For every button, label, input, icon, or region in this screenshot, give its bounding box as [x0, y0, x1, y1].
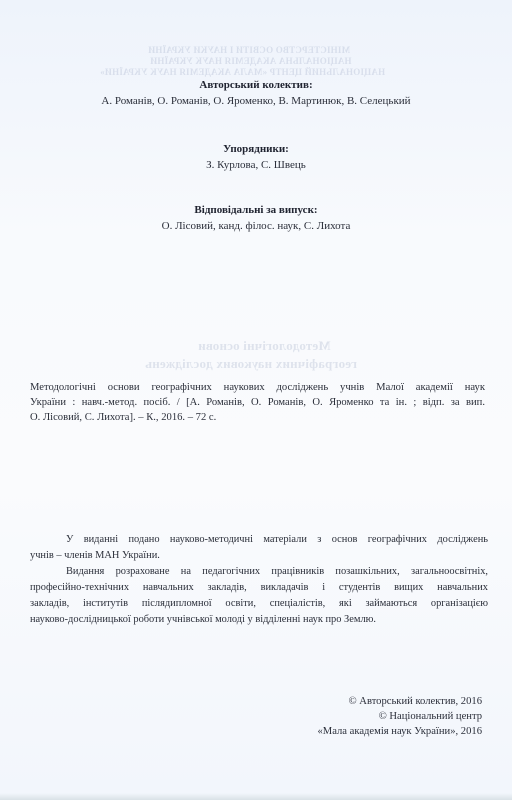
document-page: МІНІСТЕРСТВО ОСВІТИ І НАУКИ УКРАЇНИ НАЦІ…	[0, 0, 512, 800]
bleed-through-title-1: Методологічні основи	[198, 338, 331, 354]
copyright-block: © Авторський колектив, 2016 © Національн…	[317, 694, 482, 739]
authors-names: А. Романів, О. Романів, О. Яроменко, В. …	[0, 95, 512, 107]
bibliographic-annotation: Методологічні основи географічних науков…	[30, 380, 485, 425]
bleed-through-title-2: географічних наукових досліджень	[145, 356, 357, 372]
bleed-through-line-2: НАЦІОНАЛЬНА АКАДЕМІЯ НАУК УКРАЇНИ	[150, 56, 352, 66]
compilers-names: З. Курлова, С. Швець	[0, 159, 512, 171]
abstract: У виданні подано науково-методичні матер…	[30, 532, 488, 628]
abstract-p2-line: закладів, інститутів післядипломної осві…	[30, 596, 488, 612]
abstract-p1-line: У виданні подано науково-методичні матер…	[30, 532, 488, 548]
abstract-p2-line: професійно-технічних навчальних закладів…	[30, 580, 488, 596]
responsible-names: О. Лісовий, канд. філос. наук, С. Лихота	[0, 220, 512, 232]
abstract-p2-line: Видання розраховане на педагогічних прац…	[30, 564, 488, 580]
authors-heading: Авторський колектив:	[0, 79, 512, 91]
copyright-center: © Національний центр	[317, 709, 482, 724]
copyright-authors: © Авторський колектив, 2016	[317, 694, 482, 709]
compilers-heading: Упорядники:	[0, 143, 512, 155]
annotation-line: Методологічні основи географічних науков…	[30, 380, 485, 395]
annotation-line: О. Лісовий, С. Лихота]. – К., 2016. – 72…	[30, 410, 485, 425]
bleed-through-line-1: МІНІСТЕРСТВО ОСВІТИ І НАУКИ УКРАЇНИ	[148, 45, 350, 55]
copyright-academy: «Мала академія наук України», 2016	[317, 724, 482, 739]
annotation-line: України : навч.-метод. посіб. / [А. Рома…	[30, 395, 485, 410]
page-edge-shadow	[0, 793, 512, 800]
bleed-through-line-3: НАЦІОНАЛЬНИЙ ЦЕНТР «МАЛА АКАДЕМІЯ НАУК У…	[100, 67, 385, 77]
abstract-p2-line: науково-дослідницької роботи учнівської …	[30, 612, 488, 628]
abstract-p1-line: учнів – членів МАН України.	[30, 548, 488, 564]
responsible-heading: Відповідальні за випуск:	[0, 204, 512, 216]
